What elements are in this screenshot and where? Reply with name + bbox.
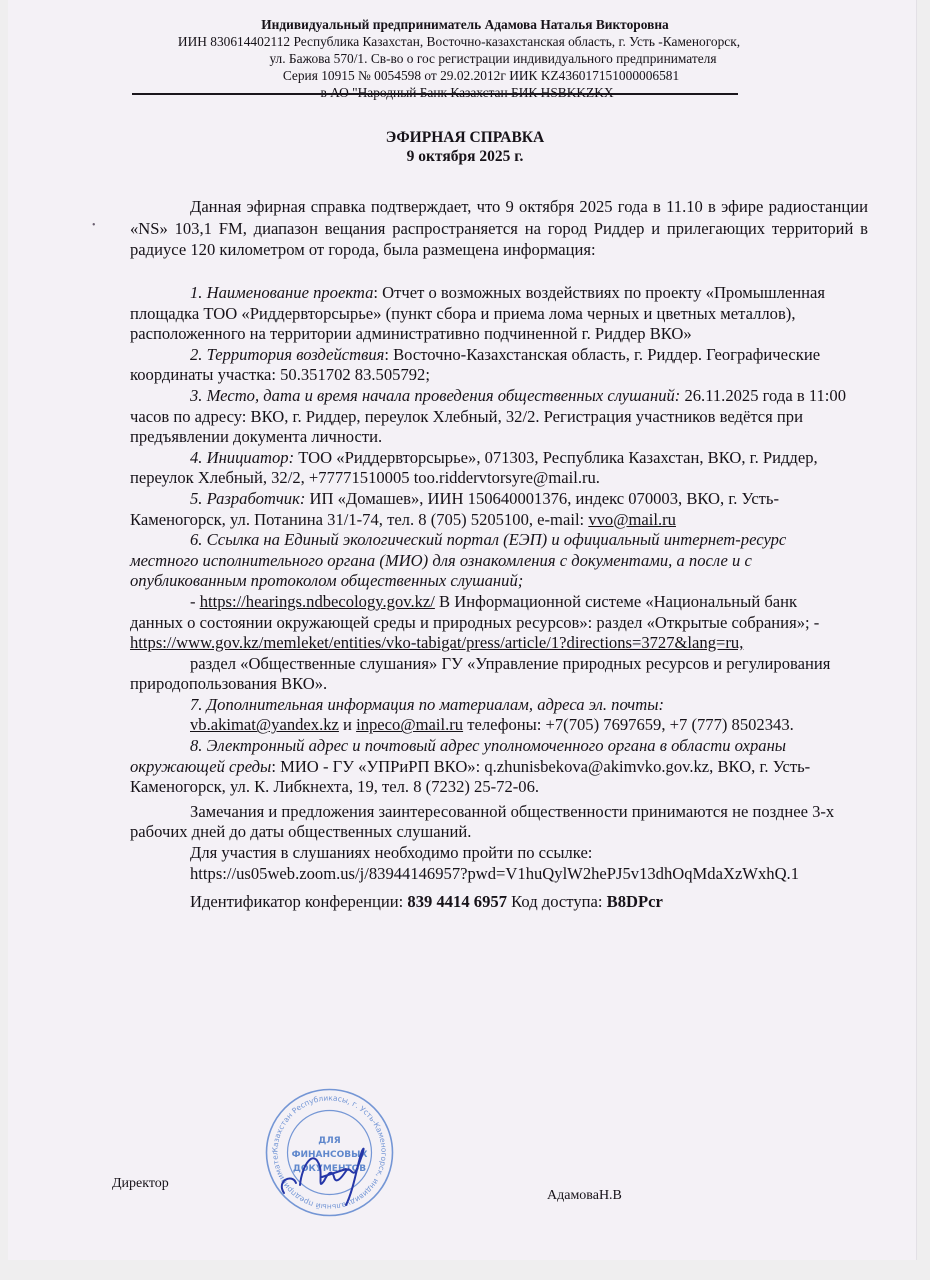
letterhead-owner: Индивидуальный предприниматель Адамова Н… (0, 16, 930, 33)
scan-mark: • (92, 220, 96, 231)
letterhead-registration: ул. Бажова 570/1. Св-во о гос регистраци… (28, 50, 930, 67)
inpeco-email-link[interactable]: inpeco@mail.ru (356, 715, 463, 734)
document-body: Данная эфирная справка подтверждает, что… (130, 196, 868, 261)
item-3: 3. Место, дата и время начала проведения… (130, 386, 850, 448)
document-date: 9 октября 2025 г. (0, 148, 930, 166)
item-5: 5. Разработчик: ИП «Домашев», ИИН 150640… (130, 489, 850, 530)
item-2: 2. Территория воздействия: Восточно-Каза… (130, 345, 850, 386)
item-6-section: раздел «Общественные слушания» ГУ «Управ… (130, 654, 850, 695)
letterhead-divider (132, 93, 738, 95)
letterhead: Индивидуальный предприниматель Адамова Н… (0, 16, 930, 33)
item-label: 5. Разработчик: (190, 489, 305, 508)
item-label: 1. Наименование проекта (190, 283, 373, 302)
participation-text: Для участия в слушаниях необходимо пройт… (130, 843, 850, 864)
svg-text:ФИНАНСОВЫХ: ФИНАНСОВЫХ (292, 1150, 368, 1160)
items-list: 1. Наименование проекта: Отчет о возможн… (130, 283, 850, 913)
item-8: 8. Электронный адрес и почтовый адрес уп… (130, 736, 850, 798)
conference-id: 839 4414 6957 (407, 892, 507, 911)
ecoportal-link[interactable]: https://hearings.ndbecology.gov.kz/ (200, 592, 435, 611)
item-label: 3. Место, дата и время начала проведения… (190, 386, 680, 405)
signatory-name: АдамоваН.В (547, 1188, 622, 1204)
conference-details: Идентификатор конференции: 839 4414 6957… (130, 892, 850, 913)
gov-kz-link[interactable]: https://www.gov.kz/memleket/entities/vko… (130, 633, 743, 652)
signatory-position: Директор (112, 1176, 169, 1192)
akimat-email-link[interactable]: vb.akimat@yandex.kz (190, 715, 339, 734)
zoom-link[interactable]: https://us05web.zoom.us/j/83944146957?pw… (130, 864, 850, 885)
item-7-contacts: vb.akimat@yandex.kz и inpeco@mail.ru тел… (130, 715, 850, 736)
letterhead-iin-address: ИИН 830614402112 Республика Казахстан, В… (0, 33, 924, 50)
item-7: 7. Дополнительная информация по материал… (130, 695, 850, 716)
item-4: 4. Инициатор: ТОО «Риддервторсырье», 071… (130, 448, 850, 489)
intro-paragraph: Данная эфирная справка подтверждает, что… (130, 196, 868, 261)
item-6-links: - https://hearings.ndbecology.gov.kz/ В … (130, 592, 850, 654)
item-1: 1. Наименование проекта: Отчет о возможн… (130, 283, 850, 345)
item-label: 4. Инициатор: (190, 448, 294, 467)
item-label: 2. Территория воздействия (190, 345, 384, 364)
document-title: ЭФИРНАЯ СПРАВКА (0, 129, 930, 147)
company-stamp-icon: Казахстан Республикасы, г. Усть-Каменого… (262, 1085, 397, 1220)
developer-email-link[interactable]: vvo@mail.ru (588, 510, 676, 529)
conference-passcode: B8DPcr (607, 892, 663, 911)
remarks-paragraph: Замечания и предложения заинтересованной… (130, 802, 850, 843)
item-6: 6. Ссылка на Единый экологический портал… (130, 530, 850, 592)
letterhead-series-iik: Серия 10915 № 0054598 от 29.02.2012г ИИК… (16, 67, 930, 84)
svg-text:ДЛЯ: ДЛЯ (318, 1136, 340, 1146)
